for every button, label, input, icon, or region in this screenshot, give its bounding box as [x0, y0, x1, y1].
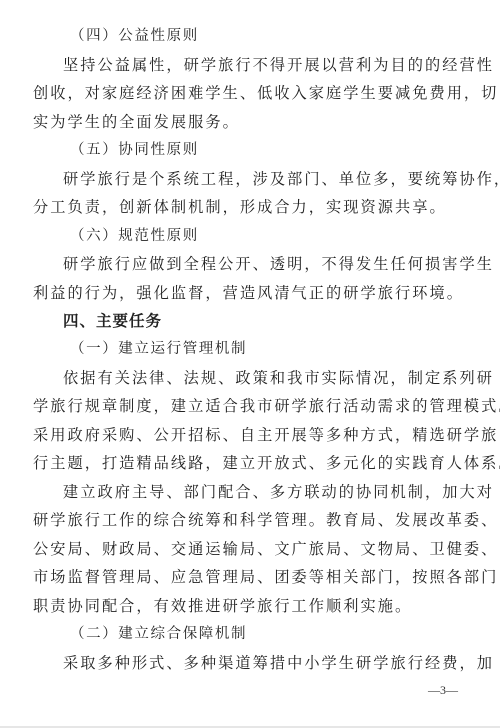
- paragraph-line: 研学旅行应做到全程公开、透明，不得发生任何损害学生: [63, 254, 463, 274]
- paragraph-line: 行主题，打造精品线路，建立开放式、多元化的实践育人体系。: [33, 453, 463, 473]
- paragraph-line: 分工负责，创新体制机制，形成合力，实现资源共享。: [33, 197, 447, 217]
- paragraph-line: 市场监督管理局、应急管理局、团委等相关部门，按照各部门: [33, 567, 463, 587]
- paragraph-line: 坚持公益属性，研学旅行不得开展以营利为目的的经营性: [63, 55, 463, 75]
- paragraph-line: 采取多种形式、多种渠道筹措中小学生研学旅行经费，加: [63, 653, 463, 673]
- section-heading-6: （六）规范性原则: [70, 226, 199, 246]
- paragraph-line: 职责协同配合，有效推进研学旅行工作顺利实施。: [33, 596, 412, 616]
- chapter-heading-main-tasks: 四、主要任务: [63, 311, 162, 331]
- paragraph-line: 学旅行规章制度，建立适合我市研学旅行活动需求的管理模式。: [33, 396, 463, 416]
- paragraph-line: 采用政府采购、公开招标、自主开展等多种方式，精选研学旅: [33, 425, 463, 445]
- page-number: —3—: [428, 682, 458, 698]
- section-heading-4: （四）公益性原则: [70, 26, 199, 46]
- section-heading-1: （一）建立运行管理机制: [70, 339, 247, 359]
- paragraph-line: 实为学生的全面发展服务。: [33, 112, 240, 132]
- paragraph-line: 研学旅行是个系统工程，涉及部门、单位多，要统筹协作，: [63, 169, 463, 189]
- paragraph-line: 建立政府主导、部门配合、多方联动的协同机制，加大对: [63, 482, 463, 502]
- paragraph-line: 利益的行为，强化监督，营造风清气正的研学旅行环境。: [33, 283, 464, 303]
- document-page: （四）公益性原则 坚持公益属性，研学旅行不得开展以营利为目的的经营性 创收，对家…: [0, 0, 500, 726]
- paragraph-line: 创收，对家庭经济困难学生、低收入家庭学生要减免费用，切: [33, 83, 463, 103]
- paragraph-line: 公安局、财政局、交通运输局、文广旅局、文物局、卫健委、: [33, 539, 463, 559]
- paragraph-line: 研学旅行工作的综合统筹和科学管理。教育局、发展改革委、: [33, 510, 463, 530]
- section-heading-2: （二）建立综合保障机制: [70, 624, 247, 644]
- paragraph-line: 依据有关法律、法规、政策和我市实际情况，制定系列研: [63, 368, 463, 388]
- section-heading-5: （五）协同性原则: [70, 140, 199, 160]
